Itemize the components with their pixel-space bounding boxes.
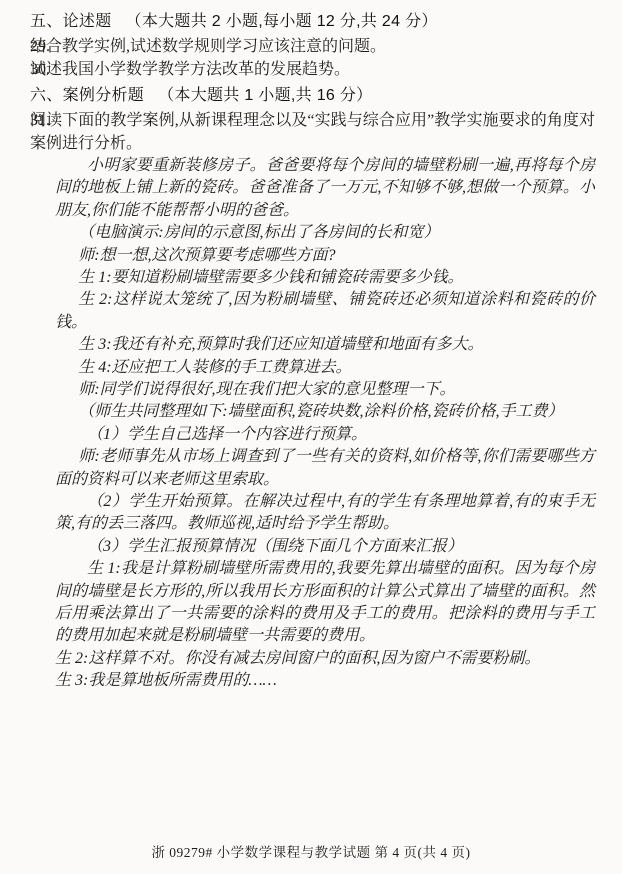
case-step-3: （3）学生汇报预算情况（围绕下面几个方面来汇报）: [30, 536, 595, 558]
page-footer: 浙 09279# 小学数学课程与教学试题 第 4 页(共 4 页): [0, 841, 622, 861]
case-study: 小明家要重新装修房子。爸爸要将每个房间的墙壁粉刷一遍,再将每个房间的地板上铺上新…: [30, 155, 595, 693]
case-line-teacher-2: 师:同学们说得很好,现在我们把大家的意见整理一下。: [30, 379, 595, 401]
section-essay-title: 五、论述题: [30, 13, 112, 30]
case-line-student-3: 生 3:我还有补充,预算时我们还应知道墙壁和地面有多大。: [30, 334, 595, 356]
question-30-text: 试述我国小学数学教学方法改革的发展趋势。: [30, 61, 350, 78]
question-29: 29. 结合教学实例,试述数学规则学习应该注意的问题。: [30, 36, 595, 58]
question-30: 30. 试述我国小学数学教学方法改革的发展趋势。: [30, 59, 595, 81]
section-essay: 五、论述题（本大题共 2 小题,每小题 12 分,共 24 分） 29. 结合教…: [30, 11, 595, 81]
case-line-student-2: 生 2:这样说太笼统了,因为粉刷墙壁、铺瓷砖还必须知道涂料和瓷砖的价钱。: [30, 289, 595, 334]
case-report-student-3: 生 3:我是算地板所需费用的……: [30, 670, 595, 692]
section-case-analysis: 六、案例分析题（本大题共 1 小题,共 16 分） 31. 阅读下面的教学案例,…: [30, 85, 595, 693]
case-report-student-1: 生 1:我是计算粉刷墙壁所需费用的,我要先算出墙壁的面积。因为每个房间的墙壁是长…: [30, 558, 595, 648]
case-line-computer-demo: （电脑演示:房间的示意图,标出了各房间的长和宽）: [30, 222, 595, 244]
case-line-teacher-3: 师:老师事先从市场上调查到了一些有关的资料,如价格等,你们需要哪些方面的资料可以…: [30, 446, 595, 491]
question-31: 31. 阅读下面的教学案例,从新课程理念以及“实践与综合应用”教学实施要求的角度…: [30, 110, 595, 155]
case-line-summary: （师生共同整理如下:墙壁面积,瓷砖块数,涂料价格,瓷砖价格,手工费）: [30, 401, 595, 423]
question-29-text: 结合教学实例,试述数学规则学习应该注意的问题。: [30, 38, 386, 55]
section-essay-meta: （本大题共 2 小题,每小题 12 分,共 24 分）: [126, 13, 438, 30]
question-31-prompt: 阅读下面的教学案例,从新课程理念以及“实践与综合应用”教学实施要求的角度对案例进…: [30, 112, 595, 151]
case-line-student-4: 生 4:还应把工人装修的手工费算进去。: [30, 357, 595, 379]
section-case-analysis-title: 六、案例分析题: [30, 87, 144, 104]
case-report-student-2: 生 2:这样算不对。你没有减去房间窗户的面积,因为窗户不需要粉刷。: [30, 648, 595, 670]
question-30-number: 30.: [30, 59, 50, 81]
section-case-analysis-heading: 六、案例分析题（本大题共 1 小题,共 16 分）: [30, 85, 595, 107]
page-footer-text: 浙 09279# 小学数学课程与教学试题 第 4 页(共 4 页): [151, 845, 470, 860]
case-step-2: （2）学生开始预算。在解决过程中,有的学生有条理地算着,有的束手无策,有的丢三落…: [30, 491, 595, 536]
case-line-teacher-1: 师:想一想,这次预算要考虑哪些方面?: [30, 245, 595, 267]
exam-paper-page: 五、论述题（本大题共 2 小题,每小题 12 分,共 24 分） 29. 结合教…: [0, 0, 622, 874]
section-essay-heading: 五、论述题（本大题共 2 小题,每小题 12 分,共 24 分）: [30, 11, 595, 33]
question-29-number: 29.: [30, 36, 50, 58]
section-case-analysis-meta: （本大题共 1 小题,共 16 分）: [158, 87, 372, 104]
exam-content: 五、论述题（本大题共 2 小题,每小题 12 分,共 24 分） 29. 结合教…: [30, 11, 595, 693]
case-line-student-1: 生 1:要知道粉刷墙壁需要多少钱和铺瓷砖需要多少钱。: [30, 267, 595, 289]
case-step-1: （1）学生自己选择一个内容进行预算。: [30, 424, 595, 446]
case-narrative: 小明家要重新装修房子。爸爸要将每个房间的墙壁粉刷一遍,再将每个房间的地板上铺上新…: [30, 155, 595, 222]
question-31-number: 31.: [30, 110, 50, 132]
